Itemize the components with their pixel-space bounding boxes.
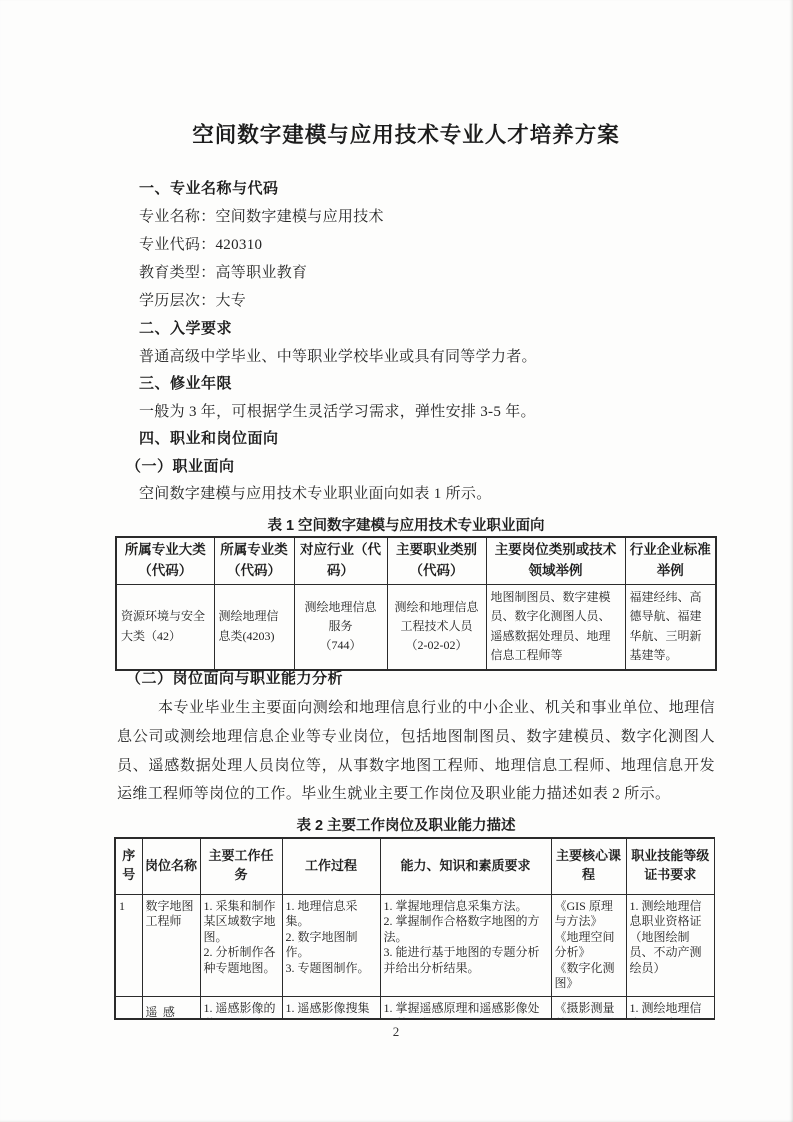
table-2-cell-index: 2 [115,997,142,1020]
table-post-ability: 序号 岗位名称 主要工作任务 工作过程 能力、知识和素质要求 主要核心课程 职业… [114,837,715,1020]
table-2-caption: 表 2 主要工作岗位及职业能力描述 [96,814,716,835]
post-analysis-paragraph: 本专业毕业生主要面向测绘和地理信息行业的中小企业、机关和事业单位、地理信息公司或… [117,694,715,809]
table-row: 序号 岗位名称 主要工作任务 工作过程 能力、知识和素质要求 主要核心课程 职业… [115,838,715,894]
table-2-cell-core-courses: 《GIS 原理与方法》 《地理空间分析》 《数字化测图》 [551,894,626,997]
career-orientation-body: 空间数字建模与应用技术专业职业面向如表 1 所示。 [139,482,492,503]
admission-body: 普通高级中学毕业、中等职业学校毕业或具有同等学力者。 [139,345,537,366]
table-1-header-industry: 对应行业（代码） [294,537,387,584]
section-heading-duration: 三、修业年限 [139,372,232,393]
table-2-cell-certificates: 1. 测绘地理信息职业资格证（地图绘制员、不动产测绘员） [626,894,715,997]
document-title: 空间数字建模与应用技术专业人才培养方案 [96,118,716,149]
table-1-header-occupation-category: 主要职业类别（代码） [387,537,486,584]
table-2-header-certificates: 职业技能等级证书要求 [626,838,715,894]
info-line-major-name: 专业名称：空间数字建模与应用技术 [139,205,384,226]
info-line-degree-level: 学历层次：大专 [139,289,246,310]
table-2-cell-post-name: 数字地图工程师 [142,894,200,997]
table-2-cell-main-tasks: 1. 遥感影像的获取、判读、解译。 [200,997,282,1020]
table-1-cell-post-examples: 地图制图员、数字建模员、数字化测图人员、遥感数据处理员、地理信息工程师等 [486,584,625,669]
table-1-header-major-category: 所属专业大类（代码） [116,537,214,584]
table-2-cell-main-tasks: 1. 采集和制作某区域数字地图。 2. 分析制作各种专题地图。 [200,894,282,997]
table-2-header-requirements: 能力、知识和素质要求 [380,838,551,894]
table-1-cell-occupation-category: 测绘和地理信息工程技术人员 （2-02-02） [387,584,486,669]
table-1-cell-industry: 测绘地理信息 服务 （744） [294,584,387,669]
info-line-major-code: 专业代码：420310 [139,233,262,254]
table-1-cell-standard-examples: 福建经纬、高德导航、福建华航、三明新基建等。 [625,584,716,669]
document-page: 空间数字建模与应用技术专业人才培养方案 一、专业名称与代码 专业名称：空间数字建… [0,0,793,1122]
table-row: 所属专业大类（代码） 所属专业类（代码） 对应行业（代码） 主要职业类别（代码）… [116,537,716,584]
table-1-cell-major-category: 资源环境与安全大类（42） [116,584,214,669]
table-2-header-post-name: 岗位名称 [142,838,200,894]
table-2-cell-certificates: 1. 测绘地理信息职业资格证（摄影测量 [626,997,715,1020]
subsection-heading-career-orientation: （一）职业面向 [126,455,235,476]
table-2-cell-post-name: 遥感数据处理 [142,997,200,1020]
section-heading-admission: 二、入学要求 [139,317,232,338]
section-heading-career: 四、职业和岗位面向 [139,427,279,448]
table-2-cell-requirements: 1. 掌握遥感原理和遥感影像处理基本方法。 2. 掌握遥感影像信息处理和归 [380,997,551,1020]
table-row: 资源环境与安全大类（42） 测绘地理信息类(4203) 测绘地理信息 服务 （7… [116,584,716,669]
table-2-cell-work-process: 1. 遥感影像搜集下载。 2. 遥感影像判 [282,997,380,1020]
table-2-cell-index: 1 [115,894,142,997]
table-2-header-main-tasks: 主要工作任务 [200,838,282,894]
page-number: 2 [96,1024,696,1040]
table-1-header-standard-examples: 行业企业标准举例 [625,537,716,584]
table-1-caption: 表 1 空间数字建模与应用技术专业职业面向 [96,514,716,535]
table-1-cell-major-class: 测绘地理信息类(4203) [214,584,294,669]
table-2-header-index: 序号 [115,838,142,894]
table-row: 2 遥感数据处理 1. 遥感影像的获取、判读、解译。 1. 遥感影像搜集下载。 … [115,997,715,1020]
info-line-education-type: 教育类型：高等职业教育 [139,261,307,282]
table-2-cell-requirements: 1. 掌握地理信息采集方法。 2. 掌握制作合格数字地图的方法。 3. 能进行基… [380,894,551,997]
table-1-header-major-class: 所属专业类（代码） [214,537,294,584]
table-2-cell-core-courses: 《摄影测量基础》、《遥感原理和应 [551,997,626,1020]
duration-body: 一般为 3 年，可根据学生灵活学习需求，弹性安排 3-5 年。 [139,400,536,421]
table-2-clipped-region: 序号 岗位名称 主要工作任务 工作过程 能力、知识和素质要求 主要核心课程 职业… [114,837,715,1020]
table-2-header-work-process: 工作过程 [282,838,380,894]
subsection-heading-post-analysis: （二）岗位面向与职业能力分析 [126,667,343,688]
table-career-orientation: 所属专业大类（代码） 所属专业类（代码） 对应行业（代码） 主要职业类别（代码）… [115,536,717,671]
table-2-header-core-courses: 主要核心课程 [551,838,626,894]
table-2-cell-work-process: 1. 地理信息采集。 2. 数字地图制作。 3. 专题图制作。 [282,894,380,997]
section-heading-basic-info: 一、专业名称与代码 [139,177,279,198]
table-1-header-post-examples: 主要岗位类别或技术领域举例 [486,537,625,584]
table-row: 1 数字地图工程师 1. 采集和制作某区域数字地图。 2. 分析制作各种专题地图… [115,894,715,997]
